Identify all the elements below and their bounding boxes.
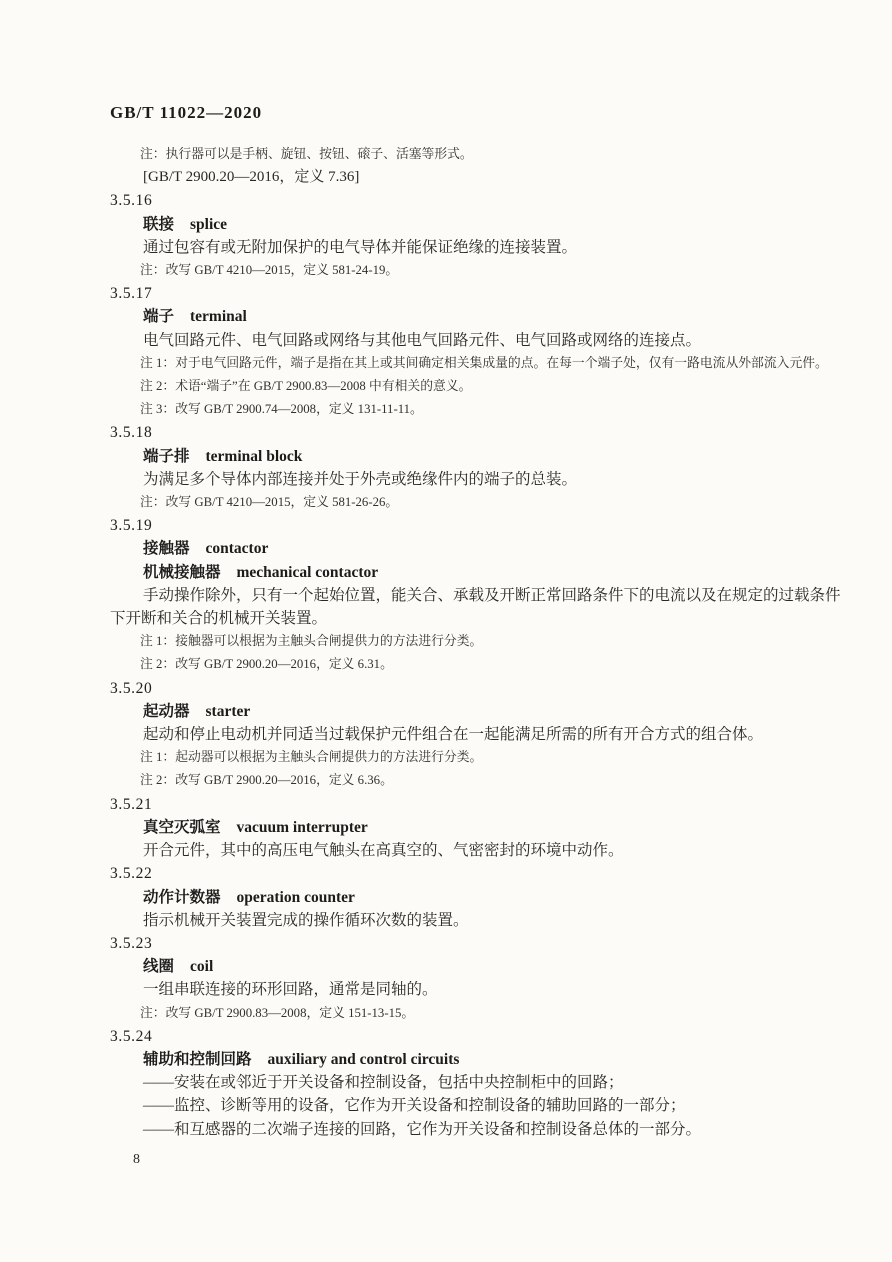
term-chinese: 端子排 bbox=[143, 448, 190, 465]
definition-text: 通过包容有或无附加保护的电气导体并能保证绝缘的连接装置。 bbox=[110, 236, 845, 259]
term-chinese: 接触器 bbox=[143, 540, 190, 557]
definition-text: 起动和停止电动机并同适当过载保护元件组合在一起能满足所需的所有开合方式的组合体。 bbox=[110, 723, 845, 746]
note-text: 注 1：起动器可以根据为主触头合闸提供力的方法进行分类。 bbox=[110, 746, 845, 769]
definition-text: 指示机械开关装置完成的操作循环次数的装置。 bbox=[110, 909, 845, 932]
clause-number: 3.5.20 bbox=[110, 677, 845, 700]
note-text: 注 2：改写 GB/T 2900.20—2016，定义 6.36。 bbox=[110, 769, 845, 792]
note-text: 注 2：改写 GB/T 2900.20—2016，定义 6.31。 bbox=[110, 653, 845, 676]
note-text: 注 3：改写 GB/T 2900.74—2008，定义 131-11-11。 bbox=[110, 398, 845, 421]
term-chinese: 动作计数器 bbox=[143, 889, 221, 906]
terminology-content: 注：执行器可以是手柄、旋钮、按钮、磙子、活塞等形式。[GB/T 2900.20—… bbox=[110, 143, 845, 1141]
page-number: 8 bbox=[133, 1152, 140, 1168]
term-line: 真空灭弧室vacuum interrupter bbox=[110, 816, 845, 839]
term-chinese: 线圈 bbox=[143, 958, 174, 975]
term-line: 机械接触器mechanical contactor bbox=[110, 561, 845, 584]
term-chinese: 联接 bbox=[143, 216, 174, 233]
term-line: 联接splice bbox=[110, 213, 845, 236]
term-line: 接触器contactor bbox=[110, 537, 845, 560]
term-english: contactor bbox=[206, 540, 269, 557]
term-chinese: 辅助和控制回路 bbox=[143, 1051, 252, 1068]
clause-number: 3.5.18 bbox=[110, 421, 845, 444]
term-chinese: 起动器 bbox=[143, 703, 190, 720]
term-line: 辅助和控制回路auxiliary and control circuits bbox=[110, 1048, 845, 1071]
clause-number: 3.5.21 bbox=[110, 793, 845, 816]
term-english: mechanical contactor bbox=[237, 564, 379, 581]
dash-list-item: ——和互感器的二次端子连接的回路，它作为开关设备和控制设备总体的一部分。 bbox=[110, 1118, 845, 1141]
note-text: 注 1：接触器可以根据为主触头合闸提供力的方法进行分类。 bbox=[110, 630, 845, 653]
definition-text: 为满足多个导体内部连接并处于外壳或绝缘件内的端子的总装。 bbox=[110, 468, 845, 491]
note-text: 注：改写 GB/T 2900.83—2008，定义 151-13-15。 bbox=[110, 1002, 845, 1025]
term-english: auxiliary and control circuits bbox=[268, 1051, 460, 1068]
term-english: splice bbox=[190, 216, 227, 233]
note-text: 注：执行器可以是手柄、旋钮、按钮、磙子、活塞等形式。 bbox=[110, 143, 845, 166]
term-english: starter bbox=[206, 703, 251, 720]
note-text: 注 1：对于电气回路元件，端子是指在其上或其间确定相关集成量的点。在每一个端子处… bbox=[110, 352, 845, 375]
clause-number: 3.5.22 bbox=[110, 862, 845, 885]
clause-number: 3.5.24 bbox=[110, 1025, 845, 1048]
term-line: 线圈coil bbox=[110, 955, 845, 978]
dash-list-item: ——安装在或邻近于开关设备和控制设备，包括中央控制柜中的回路； bbox=[110, 1071, 845, 1094]
term-english: vacuum interrupter bbox=[237, 819, 368, 836]
term-line: 端子terminal bbox=[110, 305, 845, 328]
term-chinese: 机械接触器 bbox=[143, 564, 221, 581]
clause-number: 3.5.17 bbox=[110, 282, 845, 305]
term-chinese: 真空灭弧室 bbox=[143, 819, 221, 836]
term-line: 端子排terminal block bbox=[110, 445, 845, 468]
document-page: GB/T 11022—2020 注：执行器可以是手柄、旋钮、按钮、磙子、活塞等形… bbox=[0, 0, 892, 1262]
term-english: terminal block bbox=[206, 448, 303, 465]
definition-text: 电气回路元件、电气回路或网络与其他电气回路元件、电气回路或网络的连接点。 bbox=[110, 329, 845, 352]
term-line: 起动器starter bbox=[110, 700, 845, 723]
note-text: 注：改写 GB/T 4210—2015，定义 581-26-26。 bbox=[110, 491, 845, 514]
term-english: operation counter bbox=[237, 889, 355, 906]
term-english: terminal bbox=[190, 308, 247, 325]
definition-text: 开合元件，其中的高压电气触头在高真空的、气密密封的环境中动作。 bbox=[110, 839, 845, 862]
definition-text: 手动操作除外，只有一个起始位置，能关合、承载及开断正常回路条件下的电流以及在规定… bbox=[110, 584, 845, 630]
note-text: 注：改写 GB/T 4210—2015，定义 581-24-19。 bbox=[110, 259, 845, 282]
term-english: coil bbox=[190, 958, 213, 975]
term-chinese: 端子 bbox=[143, 308, 174, 325]
clause-number: 3.5.23 bbox=[110, 932, 845, 955]
source-reference: [GB/T 2900.20—2016，定义 7.36] bbox=[110, 166, 845, 189]
note-text: 注 2：术语“端子”在 GB/T 2900.83—2008 中有相关的意义。 bbox=[110, 375, 845, 398]
clause-number: 3.5.16 bbox=[110, 189, 845, 212]
dash-list-item: ——监控、诊断等用的设备，它作为开关设备和控制设备的辅助回路的一部分； bbox=[110, 1094, 845, 1117]
standard-number-header: GB/T 11022—2020 bbox=[110, 103, 262, 123]
definition-text: 一组串联连接的环形回路，通常是同轴的。 bbox=[110, 978, 845, 1001]
clause-number: 3.5.19 bbox=[110, 514, 845, 537]
term-line: 动作计数器operation counter bbox=[110, 886, 845, 909]
